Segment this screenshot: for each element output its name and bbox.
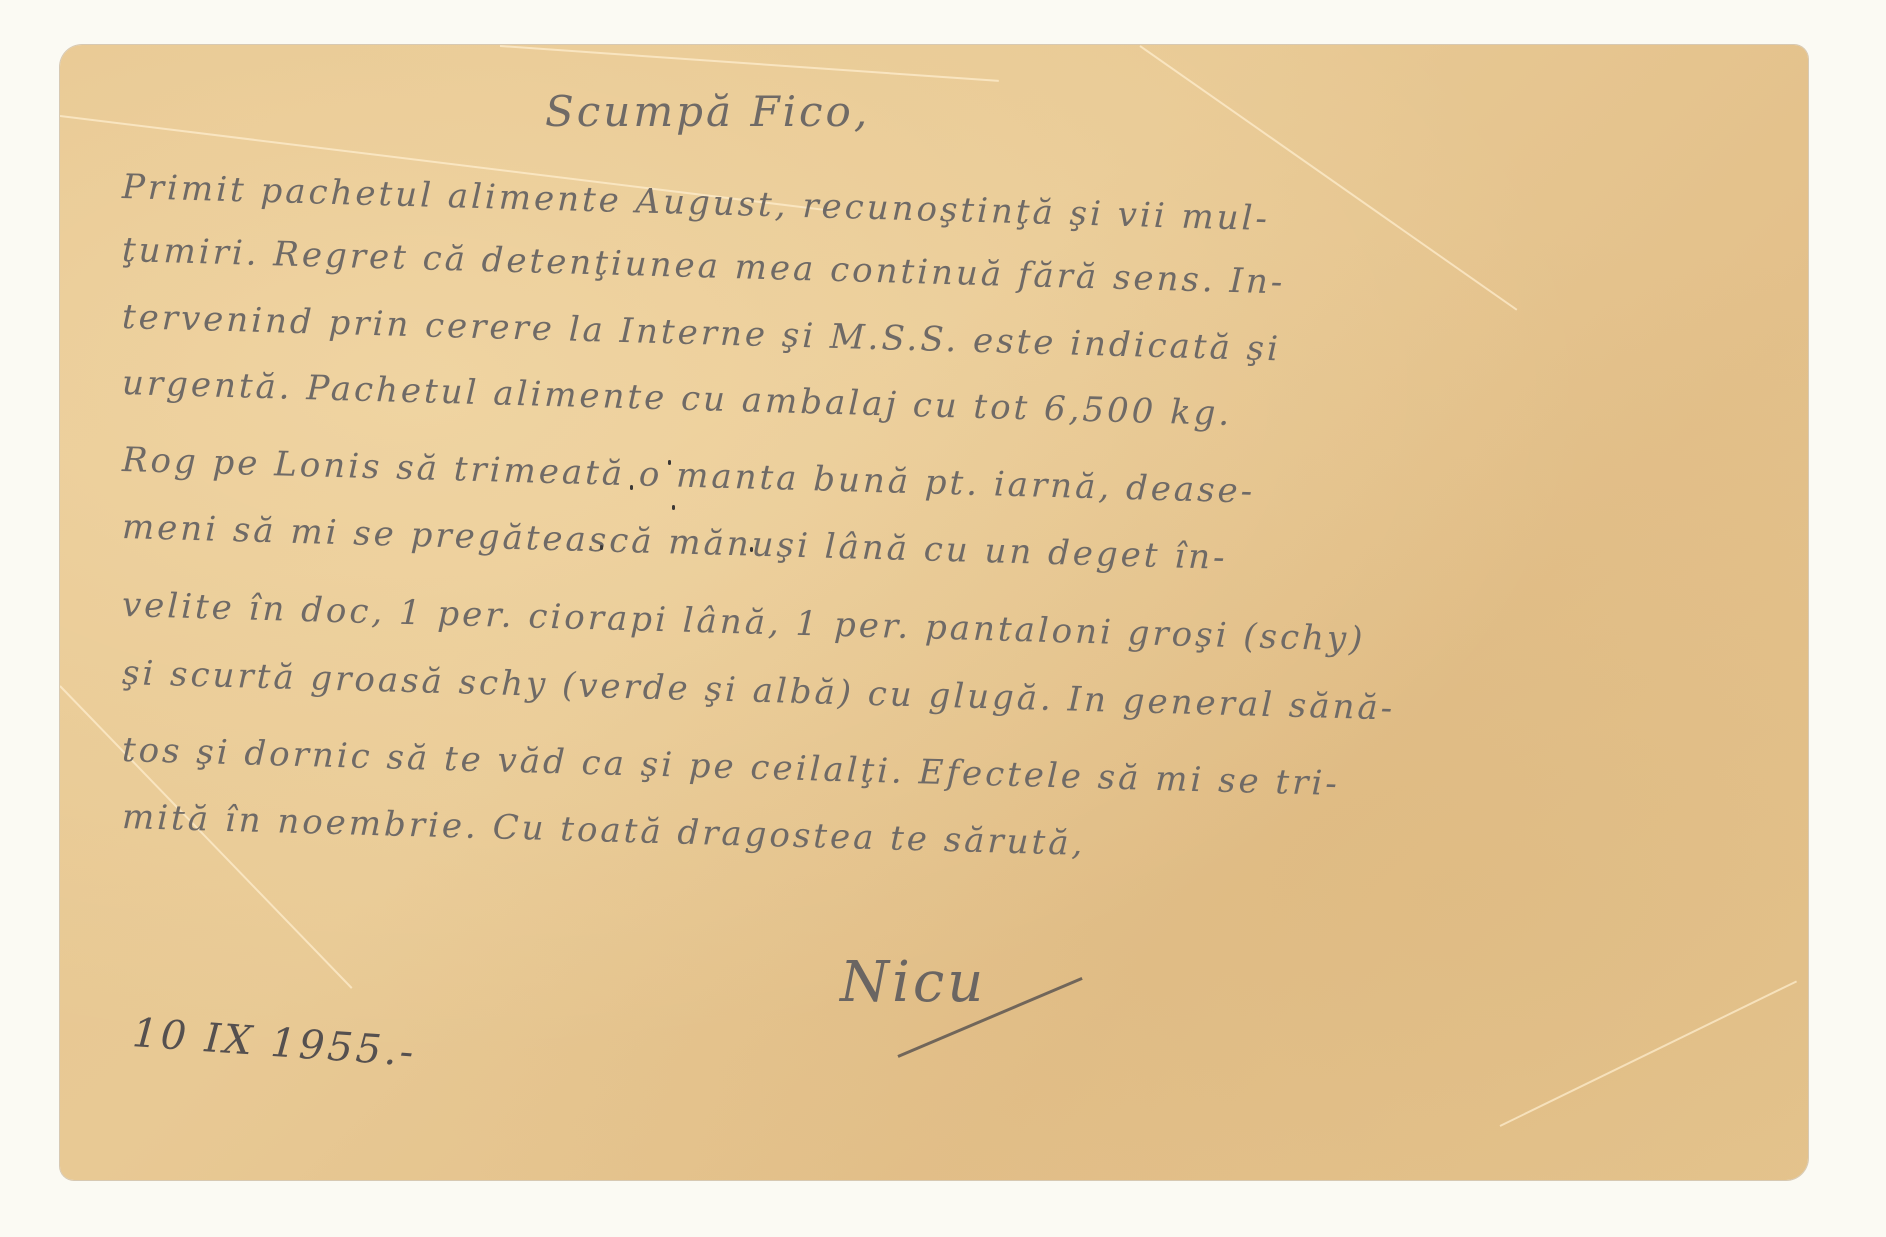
letter-line-5: Rog pe Lonis să trimeată o manta bună pt… [121, 440, 1255, 512]
postcard-paper: Scumpă Fico, Primit pachetul alimente Au… [60, 45, 1808, 1180]
paper-crease [1500, 980, 1797, 1126]
letter-line-3: tervenind prin cerere la Interne şi M.S.… [121, 297, 1281, 369]
letter-date: 10 IX 1955.- [131, 1010, 418, 1076]
salutation: Scumpă Fico, [545, 87, 870, 136]
letter-line-6: meni să mi se pregătească mănuşi lână cu… [121, 507, 1228, 578]
letter-line-4: urgentă. Pachetul alimente cu ambalaj cu… [121, 363, 1232, 434]
signature: Nicu [840, 950, 986, 1015]
letter-line-1: Primit pachetul alimente August, recunoş… [121, 167, 1270, 239]
paper-crease [500, 45, 999, 82]
letter-line-9: tos şi dornic să te văd ca şi pe ceilalţ… [121, 730, 1340, 804]
letter-line-7: velite în doc, 1 per. ciorapi lână, 1 pe… [121, 585, 1366, 660]
letter-line-10: mită în noembrie. Cu toată dragostea te … [121, 797, 1085, 864]
letter-line-2: ţumiri. Regret că detenţiunea mea contin… [121, 230, 1285, 302]
scanned-postcard: Scumpă Fico, Primit pachetul alimente Au… [0, 0, 1886, 1237]
letter-line-8: şi scurtă groasă schy (verde şi albă) cu… [121, 653, 1395, 729]
